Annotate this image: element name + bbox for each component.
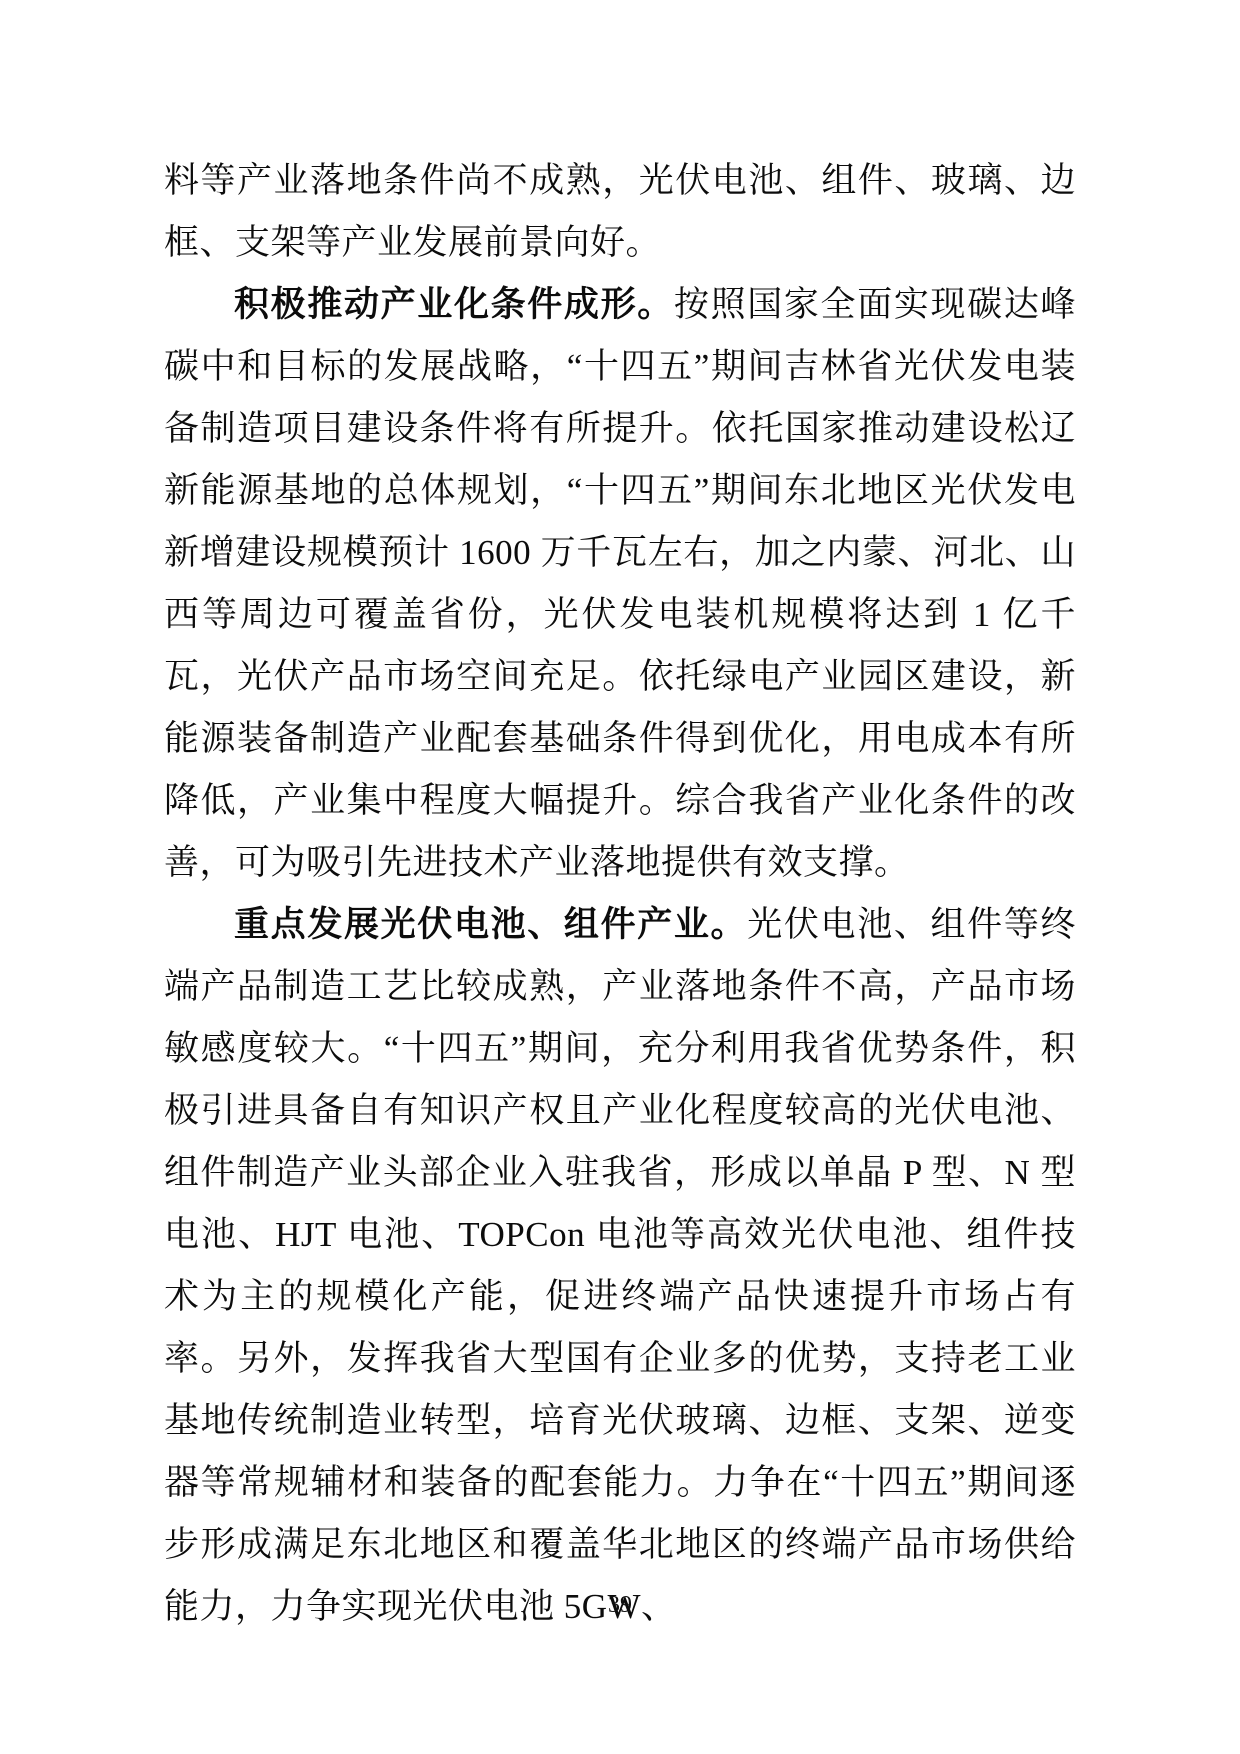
- paragraph-pv-cells-modules: 重点发展光伏电池、组件产业。光伏电池、组件等终端产品制造工艺比较成熟，产业落地条…: [164, 894, 1076, 1638]
- paragraph-text: 按照国家全面实现碳达峰碳中和目标的发展战略，“十四五”期间吉林省光伏发电装备制造…: [164, 285, 1076, 882]
- paragraph-continuation: 料等产业落地条件尚不成熟，光伏电池、组件、玻璃、边框、支架等产业发展前景向好。: [164, 150, 1076, 274]
- paragraph-lead-heading: 积极推动产业化条件成形。: [234, 285, 674, 324]
- page-footer: 39: [0, 1592, 1240, 1619]
- paragraph-text: 光伏电池、组件等终端产品制造工艺比较成熟，产业落地条件不高，产品市场敏感度较大。…: [164, 905, 1076, 1626]
- document-page: 料等产业落地条件尚不成熟，光伏电池、组件、玻璃、边框、支架等产业发展前景向好。 …: [0, 0, 1240, 1754]
- paragraph-text: 料等产业落地条件尚不成熟，光伏电池、组件、玻璃、边框、支架等产业发展前景向好。: [164, 161, 1076, 262]
- page-number: 39: [608, 1592, 632, 1618]
- paragraph-industrialization-conditions: 积极推动产业化条件成形。按照国家全面实现碳达峰碳中和目标的发展战略，“十四五”期…: [164, 274, 1076, 894]
- paragraph-lead-heading: 重点发展光伏电池、组件产业。: [234, 905, 747, 944]
- document-body: 料等产业落地条件尚不成熟，光伏电池、组件、玻璃、边框、支架等产业发展前景向好。 …: [164, 150, 1076, 1638]
